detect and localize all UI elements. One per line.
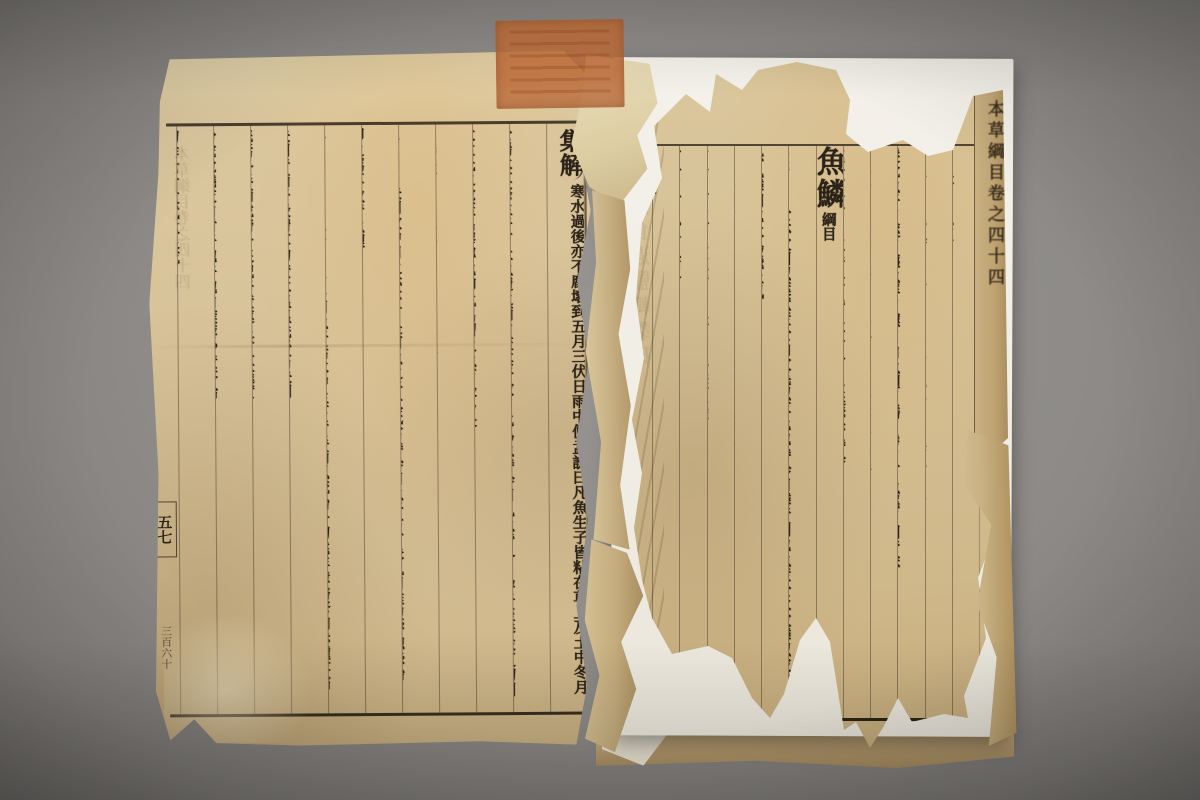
text-column: 日丙魚腸日鯛日乙魚骨日鯁日刺 bbox=[925, 146, 952, 718]
annotation-line: 延壽書 bbox=[843, 391, 844, 436]
entry-heading: 魚鱗 bbox=[816, 146, 843, 210]
text-column: 子炮白蒺藜炒黃芩蛤粉蛇蛻燒灰白附子炮 bbox=[213, 126, 254, 714]
column-indent bbox=[288, 125, 324, 160]
small-annotation-pair: 時珍曰鱗者列也魚産於水故鱗似波文鳥於林故羽似葉獸産於山故毛似草色也 bbox=[788, 206, 789, 702]
text-run: 綱目 bbox=[820, 212, 835, 241]
section-heading: 主治 bbox=[870, 148, 871, 202]
annotation-line: 時珍曰鱗者列也魚産於水故鱗似波文鳥 bbox=[788, 447, 789, 702]
left-page: 本草綱目卷之四十四 集解孟詵曰凡魚生子皆粘在草上及土中冬月寒水過後亦不腐壞到五月… bbox=[146, 50, 603, 753]
column-indent bbox=[399, 125, 435, 151]
text-column: 水鳥飛上風恐亂鱗羽也 bbox=[761, 146, 788, 718]
text-run: 日諸魚腦 bbox=[952, 146, 953, 254]
text-run: 日丙魚腸日鯛日乙魚骨日鯁日刺 bbox=[925, 146, 926, 524]
annotation-line: 髪魮魚子日鱁日鮧魚脬日鰾 bbox=[897, 148, 898, 328]
section-heading: 主治 bbox=[734, 148, 735, 202]
column-indent bbox=[436, 124, 472, 150]
column-indent bbox=[362, 125, 398, 154]
text-column: 取青魚鯉鯽之屬耳 bbox=[361, 125, 402, 713]
left-text-block: 集解孟詵曰凡魚生子皆粘在草上及土中冬月寒水過後亦不腐壞到五月三伏日雨中便化為魚時… bbox=[166, 121, 590, 718]
book-photograph: 本草綱目卷之四十四 集解孟詵曰凡魚生子皆粘在草上及土中冬月寒水過後亦不腐壞到五月… bbox=[0, 0, 1200, 800]
text-run: 盛飲食遇盬輒裂破也 bbox=[843, 146, 844, 389]
red-label bbox=[495, 19, 624, 109]
annotation-line: 孟詵曰凡魚生子皆粘在草上及土中冬月 bbox=[569, 440, 587, 695]
annotation-line: 時珍○ bbox=[843, 437, 844, 483]
text-run: 灰主魚骨鯁 bbox=[679, 146, 680, 281]
column-indent bbox=[251, 126, 287, 165]
spine-title: 本草綱目卷之四十四 bbox=[982, 100, 1007, 289]
column-indent bbox=[510, 124, 546, 134]
small-annotation-pair: 切作七片文武火炙乾 bbox=[176, 128, 178, 264]
text-column: 即化出謂之魚苗最易長大孟氏之說蓋出謬傳也 bbox=[472, 124, 513, 712]
text-column: 灰主魚骨鯁別錄 bbox=[679, 146, 706, 718]
text-column: 主治食魚中毒煩亂或成癥積燒 bbox=[734, 146, 761, 718]
column-indent bbox=[762, 146, 788, 178]
text-column: 盛飲食遇盬輒裂破也時珍○延壽書 bbox=[843, 146, 870, 718]
text-column: 集解孟詵曰凡魚生子皆粘在草上及土中冬月寒水過後亦不腐壞到五月三伏日雨中便 bbox=[546, 124, 588, 712]
column-indent bbox=[680, 146, 706, 370]
text-column: 主治能銷毒藏器解蠱蟲毒作器 bbox=[870, 146, 897, 718]
small-annotation-pair: 日白魚翅日鰭日鬐日丁魚尾日鮂音抹髪魮魚子日鱁日鮧魚脬日鰾 bbox=[897, 148, 898, 569]
annotation-line: 恐亂鱗羽也 bbox=[761, 148, 762, 223]
annotation-line: 水鳥飛上風 bbox=[761, 224, 762, 299]
spine-fold-strip: 本草綱目卷之四十四 bbox=[974, 86, 1009, 472]
annotation-line: 寒水過後亦不腐壞到五月三伏日雨中便 bbox=[567, 184, 585, 439]
text-column: 杞子黃連炙甘草蕤實羌活各半兩虎睛一隻 bbox=[250, 126, 291, 714]
text-column: 化為魚時珍曰凡魚皆冬月孕子至春末夏初則於湍水草際生子有牡魚隨之洒白蓋其子數日 bbox=[509, 124, 550, 712]
text-run: 灰水服二錢 bbox=[707, 146, 708, 281]
column-indent bbox=[871, 146, 897, 306]
text-run: 諸魚鱗燒 bbox=[707, 314, 708, 422]
column-indent bbox=[473, 124, 509, 137]
column-indent bbox=[214, 126, 250, 165]
column-indent bbox=[708, 146, 734, 165]
section-heading: 釋名 bbox=[788, 148, 789, 202]
annotation-line: 日白魚翅日鰭日鬐日丁魚尾日鮂音抹 bbox=[897, 329, 898, 569]
small-annotation-pair: 時珍○延壽書 bbox=[843, 391, 844, 483]
annotation-line: 於林故羽似葉獸産於山故毛似草色也 bbox=[788, 206, 789, 446]
annotation-line: 切作七片文武火炙乾 bbox=[176, 129, 178, 264]
column-indent bbox=[789, 146, 815, 159]
column-indent bbox=[735, 146, 761, 274]
text-column: 氣味缺主治目中障翳時珍 bbox=[435, 124, 476, 712]
text-column: 黃水溫溫洗淨石決明決明青葙子穀精草枸 bbox=[287, 125, 328, 713]
text-column: 日白魚翅日鰭日鬐日丁魚尾日鮂音抹髪魮魚子日鱁日鮧魚脬日鰾 bbox=[897, 146, 924, 718]
column-indent bbox=[177, 126, 213, 165]
text-column: 發明時珍曰魚子古方未見用惟聖濟總錄治目決明散中用之亦不言是何魚之子大抵當 bbox=[398, 125, 439, 713]
small-annotation-pair: 水鳥飛上風恐亂鱗羽也 bbox=[761, 148, 762, 299]
small-annotation-pair: 孟詵曰凡魚生子皆粘在草上及土中冬月寒水過後亦不腐壞到五月三伏日雨中便 bbox=[567, 184, 587, 695]
text-column: 附方新一決明散治一切遠年障翳弩肉赤腫疼痛用魚子活水中生下者半兩以硫 bbox=[324, 125, 365, 713]
text-column: 灰水服二錢時珍諸魚鱗燒 bbox=[707, 146, 734, 718]
folio-minor-number: 三百六十 bbox=[158, 625, 174, 669]
column-indent bbox=[325, 125, 361, 157]
text-column: 切作七片文武火炙乾 bbox=[176, 126, 217, 714]
folio-number: 五七 bbox=[151, 501, 177, 557]
